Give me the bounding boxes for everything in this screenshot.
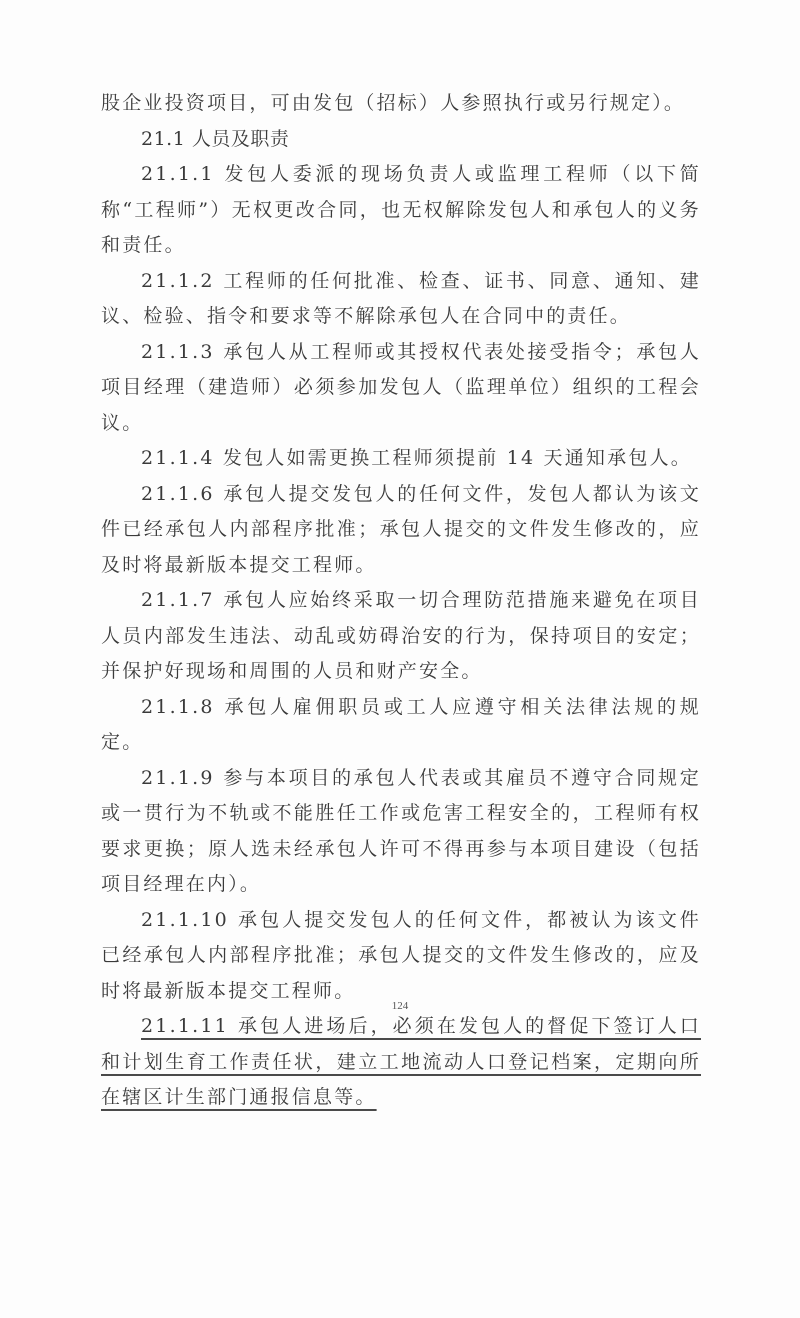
clause-21-1-8: 21.1.8 承包人雇佣职员或工人应遵守相关法律法规的规定。 [101, 690, 701, 761]
clause-21-1-6: 21.1.6 承包人提交发包人的任何文件，发包人都认为该文件已经承包人内部程序批… [101, 477, 701, 584]
clause-21-1-1: 21.1.1 发包人委派的现场负责人或监理工程师（以下简称“工程师”）无权更改合… [101, 157, 701, 264]
paragraph-intro-tail: 股企业投资项目，可由发包（招标）人参照执行或另行规定）。 [101, 86, 701, 122]
document-page: 股企业投资项目，可由发包（招标）人参照执行或另行规定）。 21.1 人员及职责 … [0, 0, 800, 1318]
underlined-clause-text: 21.1.11 承包人进场后，必须在发包人的督促下签订人口和计划生育工作责任状，… [101, 1015, 701, 1108]
clause-21-1-3: 21.1.3 承包人从工程师或其授权代表处接受指令；承包人项目经理（建造师）必须… [101, 335, 701, 442]
clause-21-1-9: 21.1.9 参与本项目的承包人代表或其雇员不遵守合同规定或一贯行为不轨或不能胜… [101, 761, 701, 903]
clause-21-1-10: 21.1.10 承包人提交发包人的任何文件，都被认为该文件已经承包人内部程序批准… [101, 903, 701, 1010]
page-number: 124 [0, 1000, 800, 1012]
clause-21-1-2: 21.1.2 工程师的任何批准、检查、证书、同意、通知、建议、检验、指令和要求等… [101, 264, 701, 335]
clause-21-1-11: 21.1.11 承包人进场后，必须在发包人的督促下签订人口和计划生育工作责任状，… [101, 1009, 701, 1116]
section-heading-21-1: 21.1 人员及职责 [101, 122, 701, 158]
clause-21-1-7: 21.1.7 承包人应始终采取一切合理防范措施来避免在项目人员内部发生违法、动乱… [101, 583, 701, 690]
document-body: 股企业投资项目，可由发包（招标）人参照执行或另行规定）。 21.1 人员及职责 … [101, 86, 701, 1116]
clause-21-1-4: 21.1.4 发包人如需更换工程师须提前 14 天通知承包人。 [101, 441, 701, 477]
